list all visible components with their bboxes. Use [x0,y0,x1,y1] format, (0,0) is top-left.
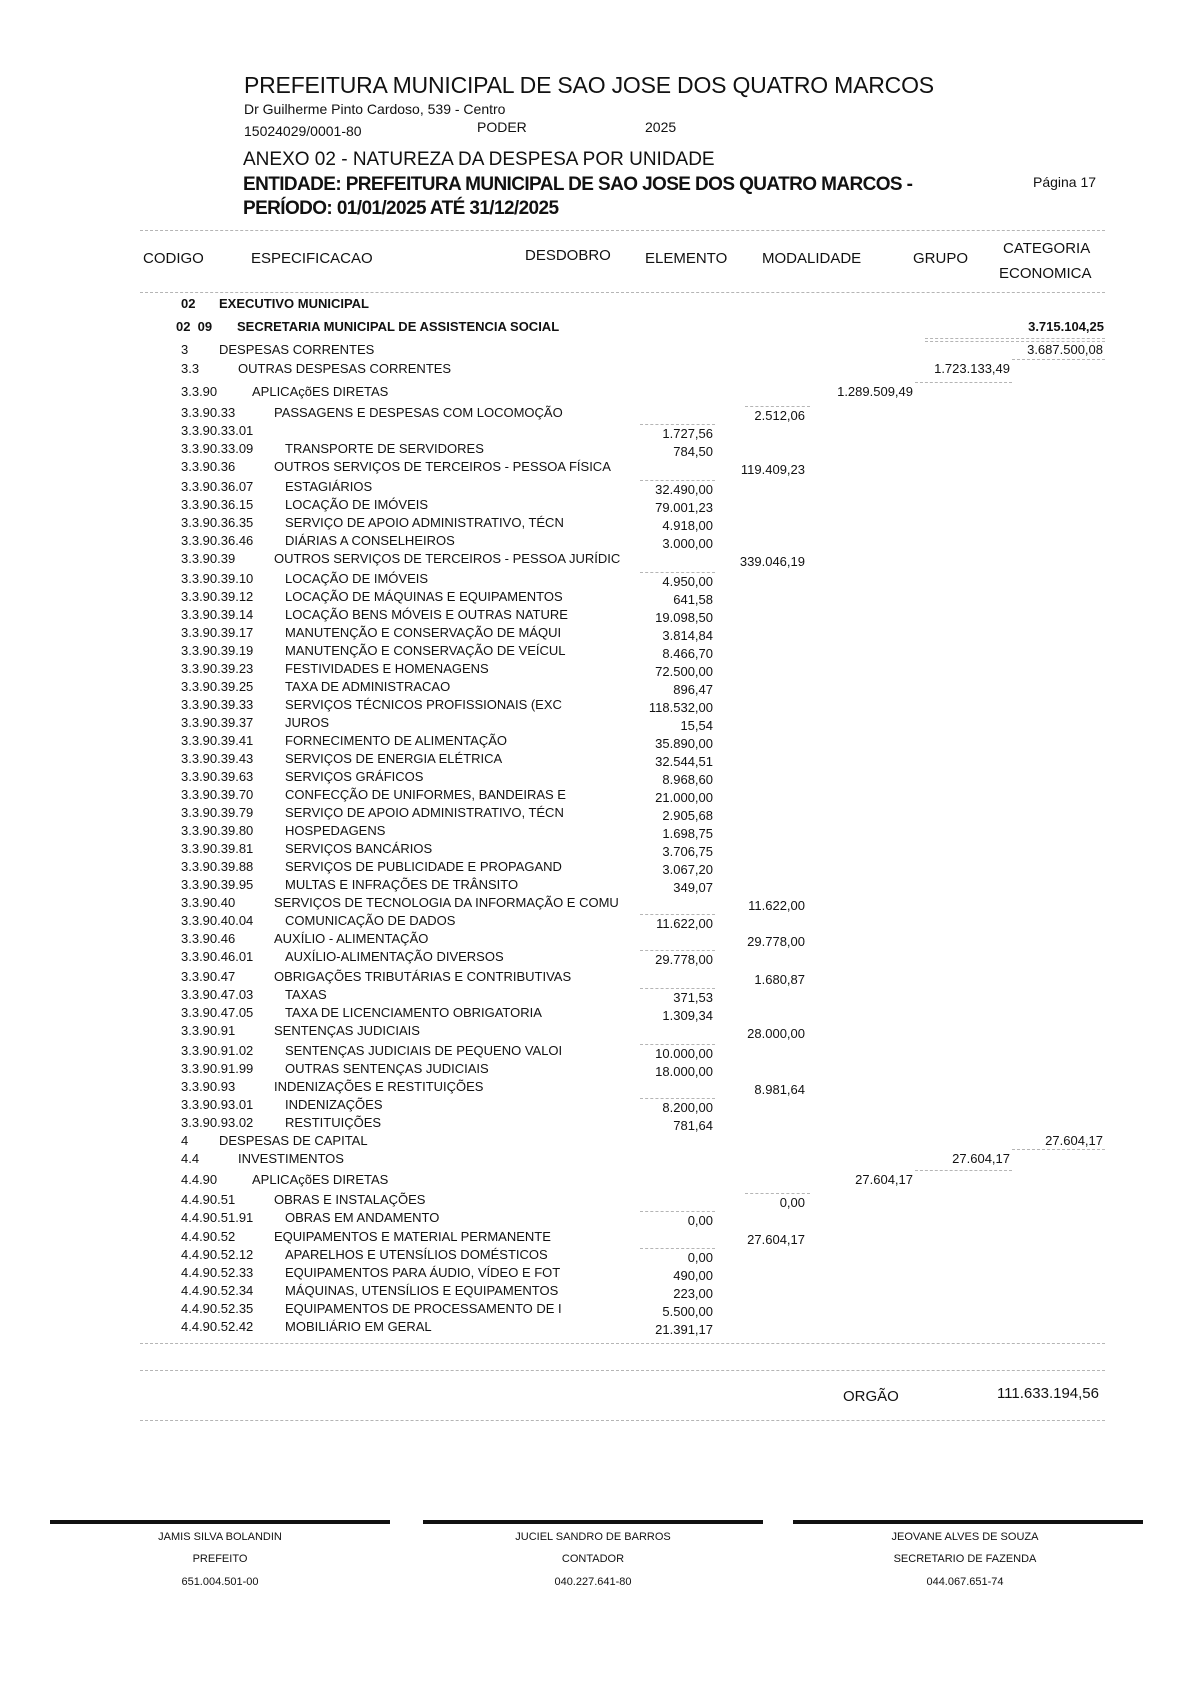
row-code: 4.4.90.51.91 [181,1210,253,1225]
signature-line-3 [793,1520,1143,1524]
row-value: 490,00 [673,1268,713,1283]
orgao-code: 02 [181,296,195,311]
unidade-divider [925,338,1105,339]
row-value: 2.512,06 [754,408,805,423]
row-value: 27.604,17 [855,1172,913,1187]
row-value: 896,47 [673,682,713,697]
row-description: APARELHOS E UTENSÍLIOS DOMÉSTICOS [285,1247,548,1262]
row-value: 2.905,68 [662,808,713,823]
row-code: 3.3.90.36 [181,459,235,474]
row-description: MANUTENÇÃO E CONSERVAÇÃO DE VEÍCUL [285,643,566,658]
row-code: 3.3.90.91.99 [181,1061,253,1076]
row-value: 19.098,50 [655,610,713,625]
row-code: 3 [181,342,188,357]
row-value: 3.706,75 [662,844,713,859]
row-code: 3.3.90.39.88 [181,859,253,874]
row-description: MANUTENÇÃO E CONSERVAÇÃO DE MÁQUI [285,625,561,640]
row-description: JUROS [285,715,329,730]
row-code: 3.3.90.39.95 [181,877,253,892]
row-value: 18.000,00 [655,1064,713,1079]
totals-divider [140,1370,1105,1371]
row-description: FORNECIMENTO DE ALIMENTAÇÃO [285,733,507,748]
cnpj: 15024029/0001-80 [244,123,362,139]
row-value: 0,00 [780,1195,805,1210]
row-value: 371,53 [673,990,713,1005]
group-divider [640,1098,715,1099]
row-description: SERVIÇO DE APOIO ADMINISTRATIVO, TÉCN [285,515,564,530]
row-code: 4.4.90.52.42 [181,1319,253,1334]
row-description: SENTENÇAS JUDICIAIS [274,1023,420,1038]
row-code: 4.4.90.52.34 [181,1283,253,1298]
row-code: 4.4.90.52.35 [181,1301,253,1316]
header-divider [140,230,1105,231]
report-title: ANEXO 02 - NATUREZA DA DESPESA POR UNIDA… [243,149,715,171]
group-divider [640,572,715,573]
row-code: 3.3.90.33 [181,405,235,420]
row-value: 3.687.500,08 [1027,342,1103,357]
row-code: 3.3.90.39.25 [181,679,253,694]
row-description: OUTROS SERVIÇOS DE TERCEIROS - PESSOA FÍ… [274,459,611,474]
row-description: EQUIPAMENTOS E MATERIAL PERMANENTE [274,1229,551,1244]
row-description: TAXA DE LICENCIAMENTO OBRIGATORIA [285,1005,542,1020]
address: Dr Guilherme Pinto Cardoso, 539 - Centro [244,101,505,117]
row-value: 27.604,17 [747,1232,805,1247]
group-divider [1012,359,1105,360]
col-categoria-line1: CATEGORIA [1003,240,1090,257]
group-divider [640,988,715,989]
row-code: 3.3.90.47 [181,969,235,984]
row-value: 28.000,00 [747,1026,805,1041]
group-divider [640,424,715,425]
row-code: 3.3.90.39.63 [181,769,253,784]
row-description: HOSPEDAGENS [285,823,385,838]
page-number: Página 17 [1033,174,1096,190]
entity-line: ENTIDADE: PREFEITURA MUNICIPAL DE SAO JO… [243,174,912,196]
row-value: 11.622,00 [748,898,805,913]
row-value: 1.727,56 [662,426,713,441]
orgao-total-label: ORGÃO [843,1388,899,1405]
row-description: AUXÍLIO - ALIMENTAÇÃO [274,931,428,946]
row-code: 3.3.90.93.01 [181,1097,253,1112]
col-grupo: GRUPO [913,250,968,267]
row-code: 4.4.90.52 [181,1229,235,1244]
signature-line-2 [423,1520,763,1524]
row-value: 21.000,00 [655,790,713,805]
row-value: 21.391,17 [655,1322,713,1337]
unidade-code: 02 09 [176,319,212,334]
row-description: AUXÍLIO-ALIMENTAÇÃO DIVERSOS [285,949,504,964]
unidade-name: SECRETARIA MUNICIPAL DE ASSISTENCIA SOCI… [237,319,559,334]
col-desdobro: DESDOBRO [525,247,611,264]
signer-role: PREFEITO [50,1553,390,1565]
row-value: 3.000,00 [662,536,713,551]
row-code: 3.3.90.46.01 [181,949,253,964]
row-description: LOCAÇÃO BENS MÓVEIS E OUTRAS NATURE [285,607,568,622]
row-description: ESTAGIÁRIOS [285,479,372,494]
group-divider [640,914,715,915]
row-value: 8.968,60 [662,772,713,787]
row-description: SERVIÇOS DE TECNOLOGIA DA INFORMAÇÃO E C… [274,895,619,910]
row-description: TRANSPORTE DE SERVIDORES [285,441,484,456]
row-code: 3.3.90.39.43 [181,751,253,766]
col-modalidade: MODALIDADE [762,250,861,267]
row-value: 1.309,34 [662,1008,713,1023]
row-code: 3.3.90.39.79 [181,805,253,820]
row-value: 8.981,64 [754,1082,805,1097]
row-value: 1.680,87 [754,972,805,987]
columns-divider [140,292,1105,293]
row-description: EQUIPAMENTOS PARA ÁUDIO, VÍDEO E FOT [285,1265,560,1280]
row-value: 72.500,00 [655,664,713,679]
row-code: 3.3.90.39.80 [181,823,253,838]
row-description: OBRAS E INSTALAÇÕES [274,1192,425,1207]
row-description: OBRIGAÇÕES TRIBUTÁRIAS E CONTRIBUTIVAS [274,969,571,984]
row-value: 1.723.133,49 [934,361,1010,376]
col-codigo: CODIGO [143,250,204,267]
row-description: MULTAS E INFRAÇÕES DE TRÂNSITO [285,877,518,892]
row-description: APLICAçõES DIRETAS [252,1172,388,1187]
row-description: SENTENÇAS JUDICIAIS DE PEQUENO VALOI [285,1043,562,1058]
row-code: 4 [181,1133,188,1148]
row-code: 3.3.90.39.12 [181,589,253,604]
row-description: OUTRAS DESPESAS CORRENTES [238,361,451,376]
period-line: PERÍODO: 01/01/2025 ATÉ 31/12/2025 [243,198,558,220]
row-value: 79.001,23 [655,500,713,515]
row-code: 3.3.90.91.02 [181,1043,253,1058]
group-divider [915,1170,1012,1171]
row-code: 4.4.90.52.33 [181,1265,253,1280]
signer-name: JUCIEL SANDRO DE BARROS [423,1531,763,1543]
table-end-divider [140,1343,1105,1344]
row-code: 3.3.90.40 [181,895,235,910]
row-description: DIÁRIAS A CONSELHEIROS [285,533,455,548]
group-divider [640,950,715,951]
group-divider [640,1248,715,1249]
col-elemento: ELEMENTO [645,250,727,267]
row-description: DESPESAS DE CAPITAL [219,1133,368,1148]
row-code: 4.4.90.52.12 [181,1247,253,1262]
poder-label: PODER [477,119,527,135]
row-code: 4.4.90.51 [181,1192,235,1207]
row-value: 0,00 [688,1250,713,1265]
row-value: 349,07 [673,880,713,895]
row-code: 3.3.90.36.35 [181,515,253,530]
row-value: 8.200,00 [662,1100,713,1115]
signer-doc: 651.004.501-00 [50,1576,390,1588]
row-description: MÁQUINAS, UTENSÍLIOS E EQUIPAMENTOS [285,1283,558,1298]
row-description: LOCAÇÃO DE IMÓVEIS [285,571,428,586]
group-divider [745,406,810,407]
signer-name: JAMIS SILVA BOLANDIN [50,1531,390,1543]
row-code: 3.3.90.36.07 [181,479,253,494]
row-code: 3.3.90.39.14 [181,607,253,622]
row-code: 3.3.90.36.15 [181,497,253,512]
row-code: 3.3.90.36.46 [181,533,253,548]
row-value: 10.000,00 [655,1046,713,1061]
row-value: 29.778,00 [747,934,805,949]
row-description: MOBILIÁRIO EM GERAL [285,1319,432,1334]
row-value: 11.622,00 [656,916,713,931]
row-description: TAXA DE ADMINISTRACAO [285,679,450,694]
row-value: 339.046,19 [740,554,805,569]
row-value: 4.950,00 [662,574,713,589]
signer-doc: 040.227.641-80 [423,1576,763,1588]
row-code: 3.3.90.47.05 [181,1005,253,1020]
row-code: 3.3.90 [181,384,217,399]
row-code: 3.3.90.39.19 [181,643,253,658]
signer-role: CONTADOR [423,1553,763,1565]
row-value: 15,54 [680,718,713,733]
row-description: INDENIZAÇÕES [285,1097,383,1112]
signature-line-1 [50,1520,390,1524]
group-divider [640,1044,715,1045]
row-code: 3.3.90.39.41 [181,733,253,748]
municipality-title: PREFEITURA MUNICIPAL DE SAO JOSE DOS QUA… [244,72,934,99]
row-code: 4.4.90 [181,1172,217,1187]
row-code: 4.4 [181,1151,199,1166]
row-code: 3.3.90.39.70 [181,787,253,802]
row-description: EQUIPAMENTOS DE PROCESSAMENTO DE I [285,1301,562,1316]
group-divider [640,1211,715,1212]
row-value: 119.409,23 [741,462,805,477]
row-value: 32.490,00 [655,482,713,497]
group-divider [640,480,715,481]
row-code: 3.3.90.46 [181,931,235,946]
row-description: LOCAÇÃO DE MÁQUINAS E EQUIPAMENTOS [285,589,563,604]
row-code: 3.3.90.33.01 [181,423,253,438]
signer-name: JEOVANE ALVES DE SOUZA [795,1531,1135,1543]
row-value: 27.604,17 [952,1151,1010,1166]
row-description: SERVIÇOS GRÁFICOS [285,769,423,784]
row-code: 3.3.90.39.10 [181,571,253,586]
row-value: 27.604,17 [1045,1133,1103,1148]
row-description: CONFECÇÃO DE UNIFORMES, BANDEIRAS E [285,787,566,802]
row-value: 8.466,70 [662,646,713,661]
row-description: FESTIVIDADES E HOMENAGENS [285,661,489,676]
row-description: OUTRAS SENTENÇAS JUDICIAIS [285,1061,489,1076]
group-divider [1012,1149,1105,1150]
row-description: TAXAS [285,987,327,1002]
signer-doc: 044.067.651-74 [795,1576,1135,1588]
row-description: SERVIÇOS BANCÁRIOS [285,841,432,856]
col-categoria-line2: ECONOMICA [999,265,1092,282]
row-code: 3.3.90.33.09 [181,441,253,456]
orgao-name: EXECUTIVO MUNICIPAL [219,296,369,311]
row-code: 3.3.90.47.03 [181,987,253,1002]
row-code: 3.3.90.39.17 [181,625,253,640]
row-code: 3.3.90.39.81 [181,841,253,856]
row-code: 3.3.90.39 [181,551,235,566]
row-description: COMUNICAÇÃO DE DADOS [285,913,455,928]
row-value: 1.289.509,49 [837,384,913,399]
row-description: RESTITUIÇÕES [285,1115,381,1130]
row-value: 784,50 [673,444,713,459]
group-divider [915,382,1012,383]
row-value: 5.500,00 [662,1304,713,1319]
row-value: 29.778,00 [655,952,713,967]
row-value: 781,64 [673,1118,713,1133]
group-divider [745,1193,810,1194]
row-value: 641,58 [673,592,713,607]
row-code: 3.3.90.91 [181,1023,235,1038]
row-code: 3.3.90.39.33 [181,697,253,712]
row-value: 35.890,00 [655,736,713,751]
col-especificacao: ESPECIFICACAO [251,250,373,267]
row-code: 3.3.90.39.37 [181,715,253,730]
row-value: 32.544,51 [655,754,713,769]
signer-role: SECRETARIO DE FAZENDA [795,1553,1135,1565]
row-value: 0,00 [688,1213,713,1228]
row-code: 3.3.90.93.02 [181,1115,253,1130]
row-value: 118.532,00 [649,700,713,715]
row-description: APLICAçõES DIRETAS [252,384,388,399]
row-value: 223,00 [673,1286,713,1301]
row-description: LOCAÇÃO DE IMÓVEIS [285,497,428,512]
row-description: OBRAS EM ANDAMENTO [285,1210,439,1225]
row-value: 1.698,75 [662,826,713,841]
row-description: SERVIÇOS TÉCNICOS PROFISSIONAIS (EXC [285,697,562,712]
row-code: 3.3 [181,361,199,376]
row-code: 3.3.90.40.04 [181,913,253,928]
row-value: 3.814,84 [662,628,713,643]
row-code: 3.3.90.39.23 [181,661,253,676]
row-value: 3.067,20 [662,862,713,877]
row-description: DESPESAS CORRENTES [219,342,374,357]
row-description: SERVIÇO DE APOIO ADMINISTRATIVO, TÉCN [285,805,564,820]
row-description: INVESTIMENTOS [238,1151,344,1166]
row-code: 3.3.90.93 [181,1079,235,1094]
row-value: 4.918,00 [662,518,713,533]
totals-bottom-divider [140,1420,1105,1421]
unidade-total: 3.715.104,25 [1028,319,1104,334]
row-description: PASSAGENS E DESPESAS COM LOCOMOÇÃO [274,405,563,420]
row-description: SERVIÇOS DE PUBLICIDADE E PROPAGAND [285,859,562,874]
fiscal-year: 2025 [645,119,676,135]
row-description: INDENIZAÇÕES E RESTITUIÇÕES [274,1079,483,1094]
row-description: OUTROS SERVIÇOS DE TERCEIROS - PESSOA JU… [274,551,620,566]
row-description: SERVIÇOS DE ENERGIA ELÉTRICA [285,751,502,766]
orgao-total-value: 111.633.194,56 [997,1385,1099,1402]
